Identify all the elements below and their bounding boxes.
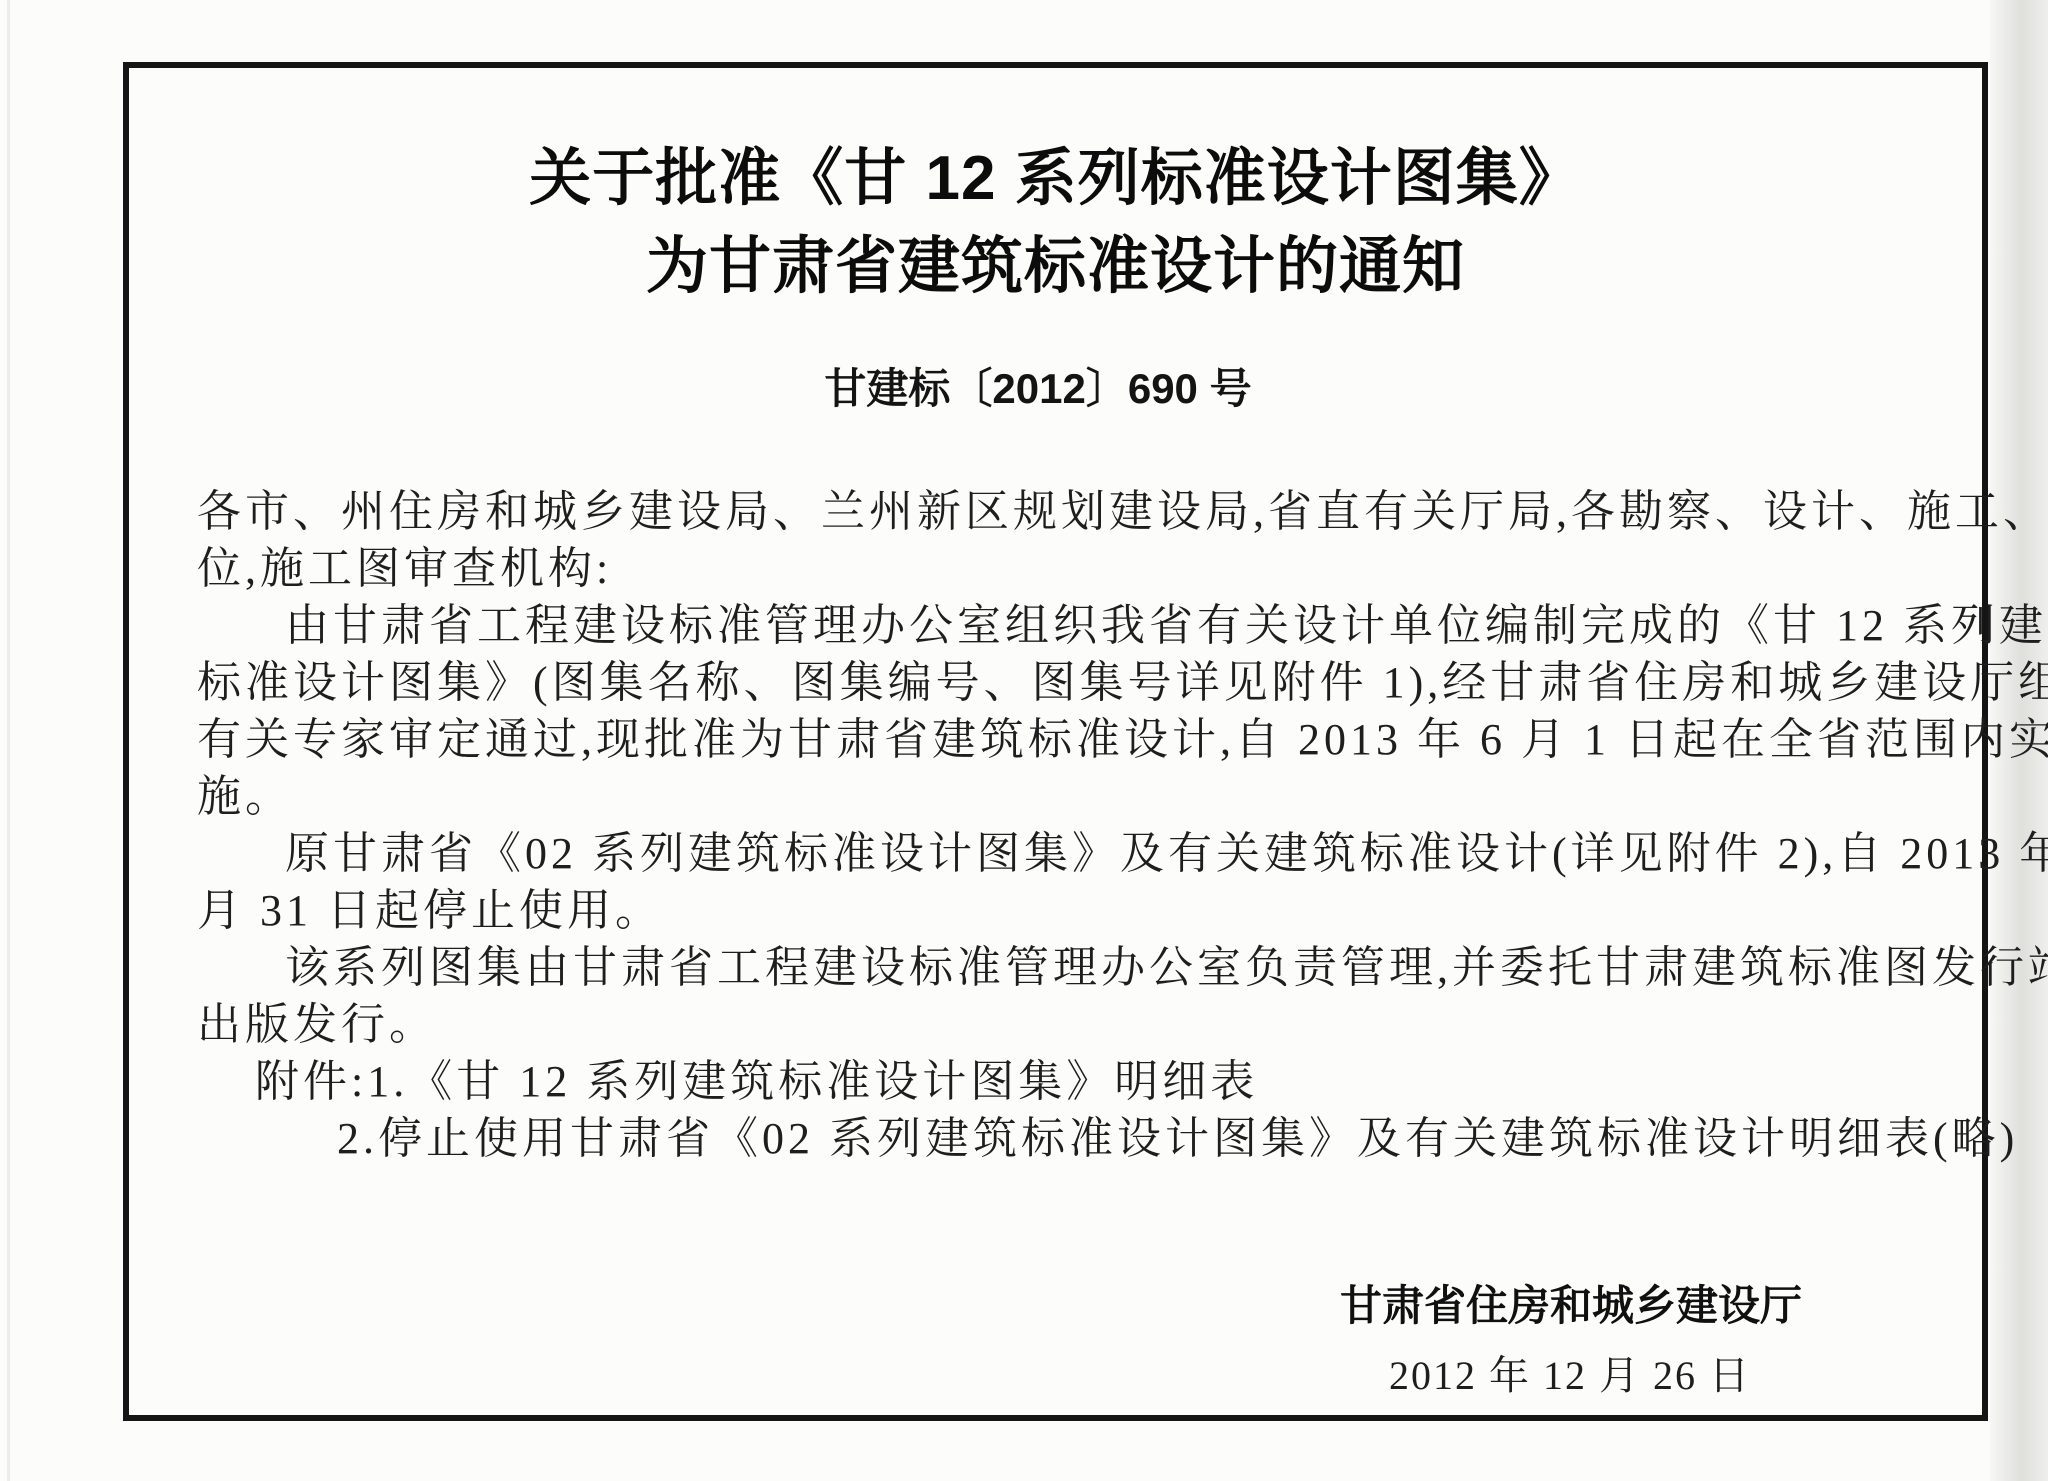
- document-number: 甘建标〔2012〕690 号: [123, 368, 1953, 410]
- body-line-2: 位,施工图审查机构:: [197, 540, 612, 597]
- scanned-document-page: 关于批准《甘 12 系列标准设计图集》 为甘肃省建筑标准设计的通知 甘建标〔20…: [0, 0, 2048, 1481]
- body-line-12-attachment-2: 2.停止使用甘肃省《02 系列建筑标准设计图集》及有关建筑标准设计明细表(略): [337, 1110, 2018, 1167]
- issue-date: 2012 年 12 月 26 日: [1340, 1354, 1800, 1398]
- body-line-6: 施。: [197, 768, 293, 825]
- body-line-9: 该系列图集由甘肃省工程建设标准管理办公室负责管理,并委托甘肃建筑标准图发行站: [285, 939, 2048, 996]
- body-line-5: 有关专家审定通过,现批准为甘肃省建筑标准设计,自 2013 年 6 月 1 日起…: [197, 711, 2048, 768]
- body-line-3: 由甘肃省工程建设标准管理办公室组织我省有关设计单位编制完成的《甘 12 系列建筑: [285, 597, 2048, 654]
- notice-title-line-1: 关于批准《甘 12 系列标准设计图集》: [123, 148, 1988, 210]
- scan-edge-line-left: [7, 0, 10, 1481]
- body-line-1: 各市、州住房和城乡建设局、兰州新区规划建设局,省直有关厅局,各勘察、设计、施工、…: [197, 483, 2048, 540]
- body-line-11-attachment-1: 附件:1.《甘 12 系列建筑标准设计图集》明细表: [255, 1053, 1258, 1110]
- body-line-4: 标准设计图集》(图集名称、图集编号、图集号详见附件 1),经甘肃省住房和城乡建设…: [197, 654, 2048, 711]
- body-line-7: 原甘肃省《02 系列建筑标准设计图集》及有关建筑标准设计(详见附件 2),自 2…: [285, 825, 2048, 882]
- body-line-10: 出版发行。: [197, 996, 437, 1053]
- issuing-authority-signature: 甘肃省住房和城乡建设厅: [1340, 1283, 1800, 1329]
- body-line-8: 月 31 日起停止使用。: [197, 882, 663, 939]
- notice-title-line-2: 为甘肃省建筑标准设计的通知: [123, 236, 1988, 298]
